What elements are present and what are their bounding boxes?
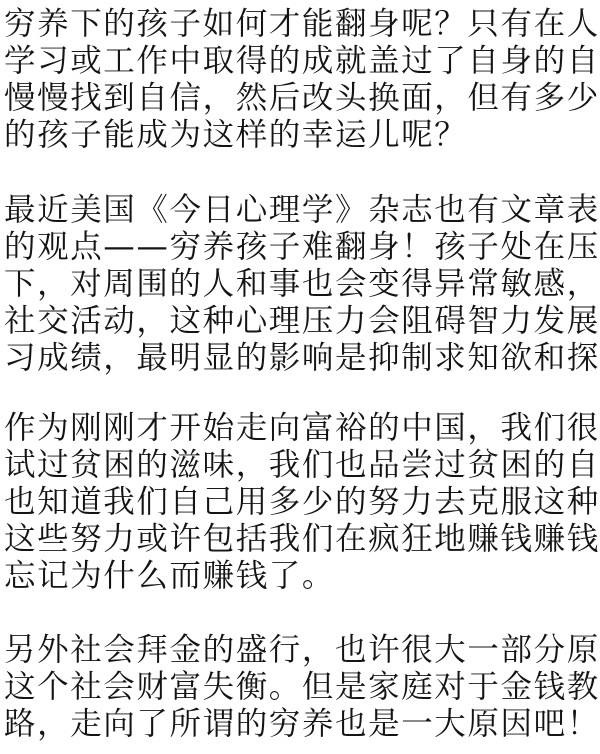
text-line: 慢慢找到自信，然后改头换面，但有多少穷养长大 (4, 80, 600, 117)
text-line: 忘记为什么而赚钱了。 (4, 558, 600, 595)
text-line: 习成绩，最明显的影响是抑制求知欲和探索世界。 (4, 340, 600, 377)
text-line: 路，走向了所谓的穷养也是一大原因吧！ (4, 706, 600, 743)
text-line: 这个社会财富失衡。但是家庭对于金钱教育走歪了 (4, 669, 600, 706)
text-line: 也知道我们自己用多少的努力去克服这种自卑感。 (4, 484, 600, 521)
paragraph-1: 穷养下的孩子如何才能翻身呢？只有在人生中比如 学习或工作中取得的成就盖过了自身的… (4, 6, 600, 154)
text-line: 社交活动，这种心理压力会阻碍智力发展，影响学 (4, 303, 600, 340)
text-line: 的观点——穷养孩子难翻身！孩子处在压力的环境 (4, 229, 600, 266)
text-line: 穷养下的孩子如何才能翻身呢？只有在人生中比如 (4, 6, 600, 43)
text-line: 最近美国《今日心理学》杂志也有文章表达了同样 (4, 192, 600, 229)
text-line: 另外社会拜金的盛行，也许很大一部分原因是我们 (4, 632, 600, 669)
text-line: 学习或工作中取得的成就盖过了自身的自卑，才能 (4, 43, 600, 80)
paragraph-2: 最近美国《今日心理学》杂志也有文章表达了同样 的观点——穷养孩子难翻身！孩子处在… (4, 192, 600, 377)
text-line: 作为刚刚才开始走向富裕的中国，我们很多人都尝 (4, 410, 600, 447)
text-line: 下，对周围的人和事也会变得异常敏感，不愿参加 (4, 266, 600, 303)
paragraph-3: 作为刚刚才开始走向富裕的中国，我们很多人都尝 试过贫困的滋味，我们也品尝过贫困的… (4, 410, 600, 595)
text-line: 试过贫困的滋味，我们也品尝过贫困的自卑。我们 (4, 447, 600, 484)
paragraph-4: 另外社会拜金的盛行，也许很大一部分原因是我们 这个社会财富失衡。但是家庭对于金钱… (4, 632, 600, 743)
text-line: 这些努力或许包括我们在疯狂地赚钱赚钱，以至于 (4, 521, 600, 558)
text-line: 的孩子能成为这样的幸运儿呢？ (4, 117, 600, 154)
